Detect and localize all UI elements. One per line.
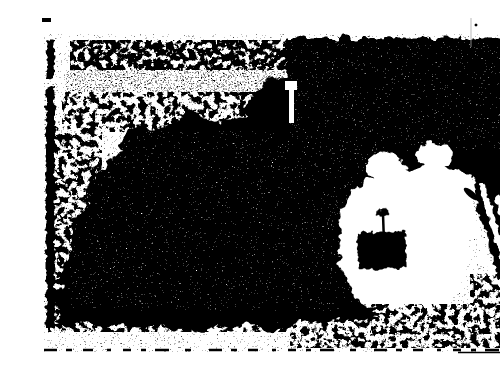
- photo-area: [44, 34, 500, 352]
- halftone-photo: [40, 16, 500, 362]
- pole-knob: [285, 81, 297, 90]
- opening-rect: [357, 231, 406, 270]
- speck-dot: [475, 24, 478, 27]
- pole-shaft: [289, 89, 294, 123]
- corner-mark: [42, 18, 51, 22]
- photo-figure: Low earth-covered mound structure overgr…: [40, 16, 500, 362]
